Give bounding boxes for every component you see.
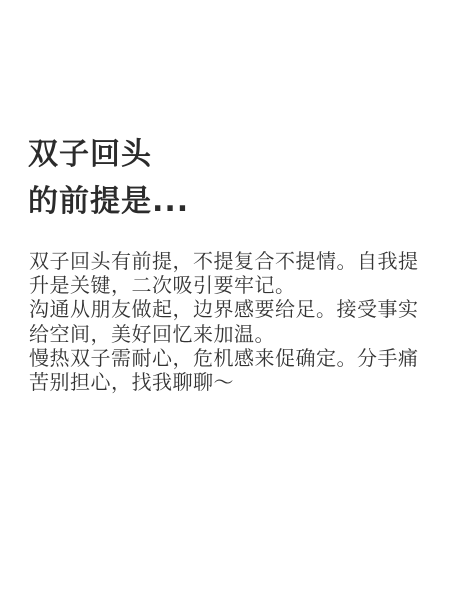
page: 双子回头 的前提是... 双子回头有前提，不提复合不提情。自我提 升是关键，二次… — [0, 0, 449, 600]
body-line-4: 给空间，美好回忆来加温。 — [29, 322, 414, 346]
body-line-5: 慢热双子需耐心，危机感来促确定。分手痛 — [29, 346, 414, 370]
body-line-2: 升是关键，二次吸引要牢记。 — [29, 273, 414, 297]
title-line-1: 双子回头 — [28, 131, 189, 178]
body-line-6: 苦别担心，找我聊聊～ — [29, 370, 414, 394]
title-line-2: 的前提是... — [28, 178, 189, 225]
body-line-1: 双子回头有前提，不提复合不提情。自我提 — [29, 249, 414, 273]
body-line-3: 沟通从朋友做起，边界感要给足。接受事实 — [29, 297, 414, 321]
body-text: 双子回头有前提，不提复合不提情。自我提 升是关键，二次吸引要牢记。 沟通从朋友做… — [29, 249, 414, 394]
page-title: 双子回头 的前提是... — [28, 131, 189, 225]
